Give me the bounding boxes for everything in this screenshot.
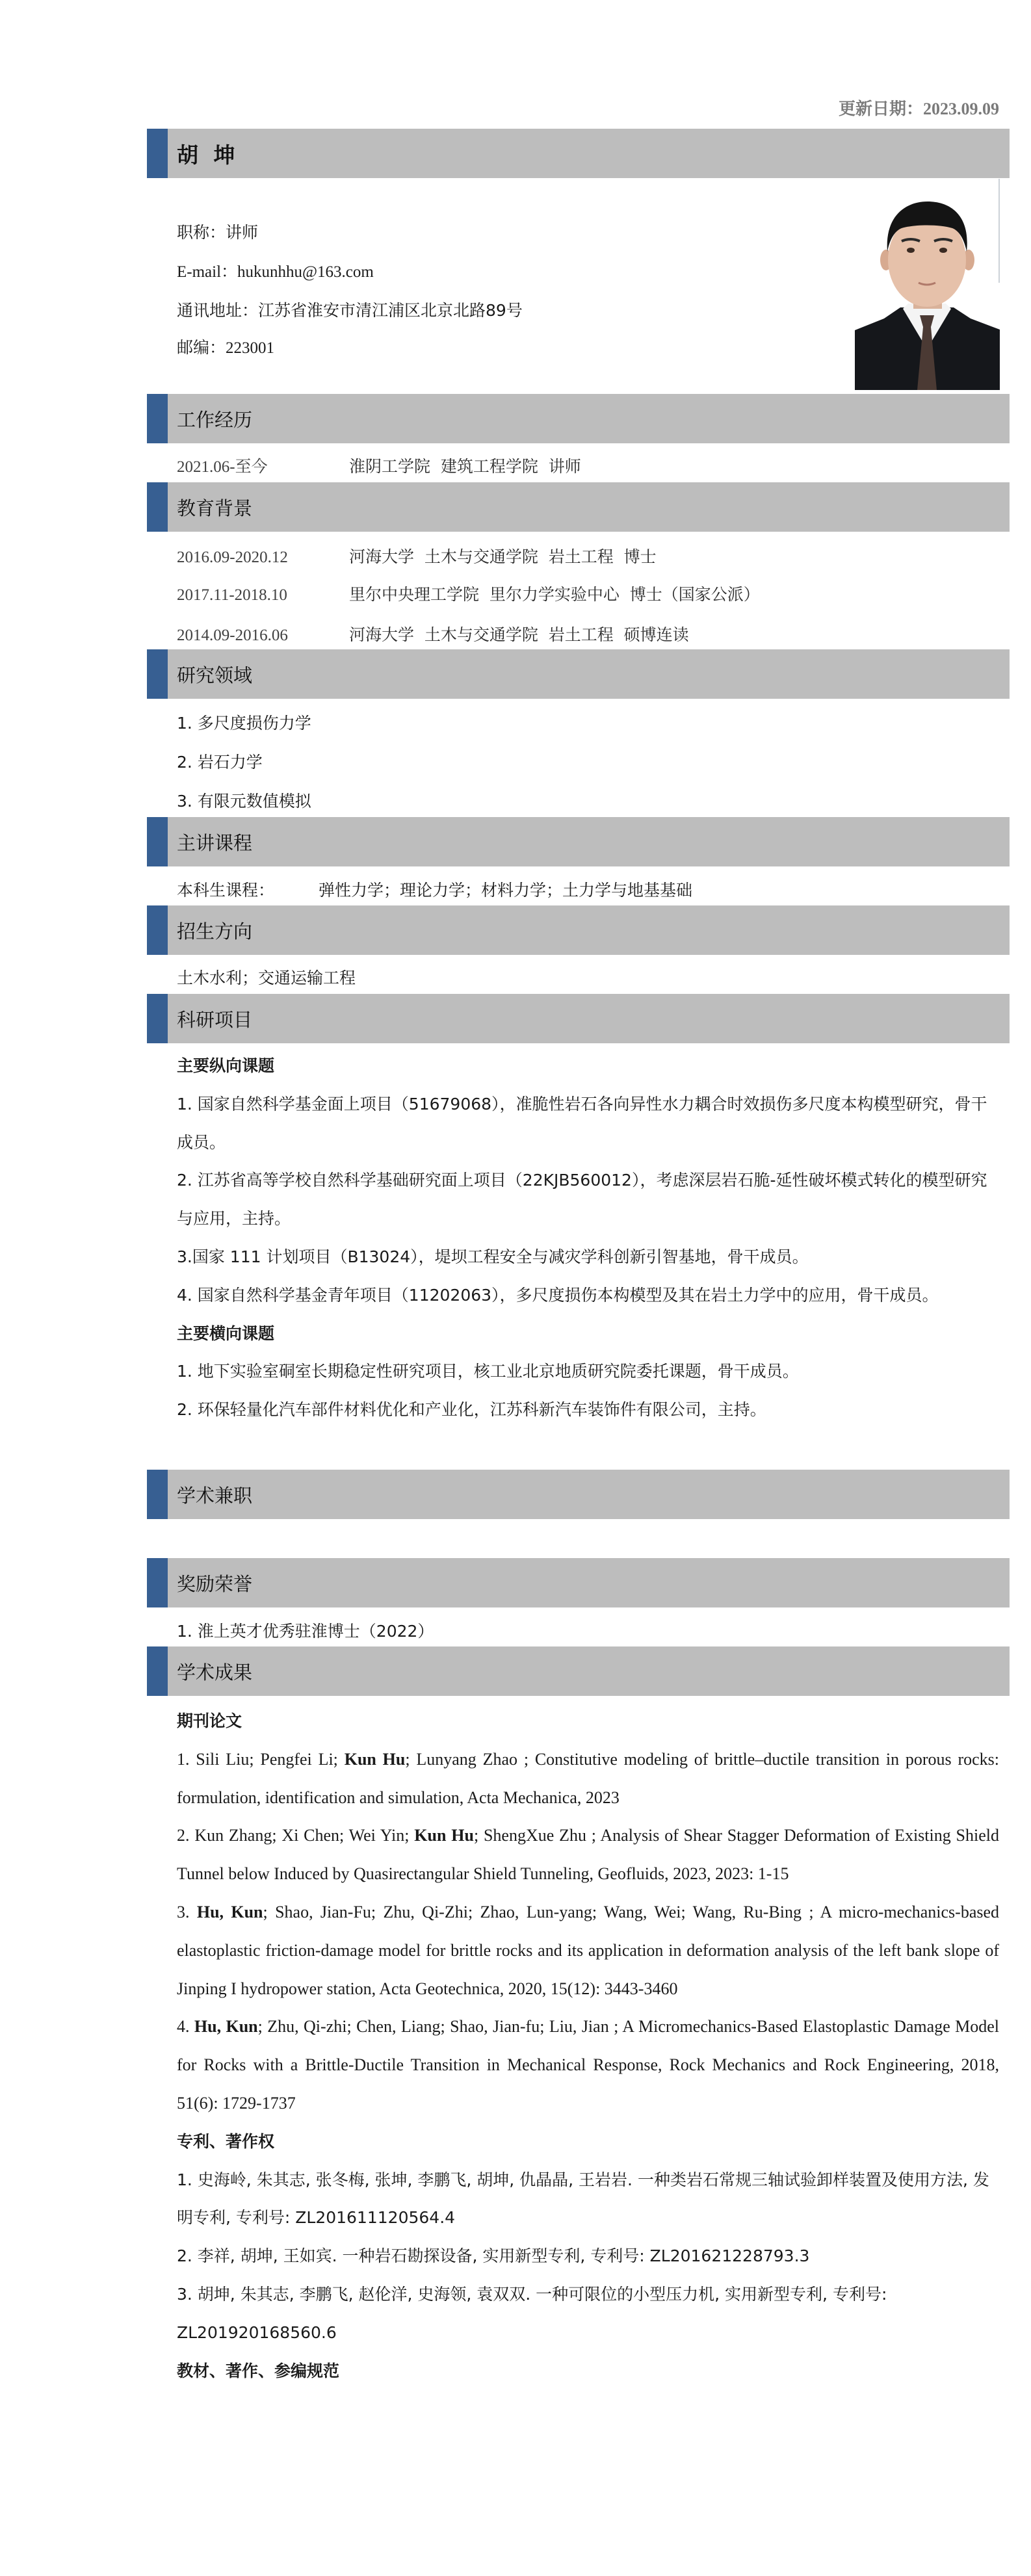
- paper-author-highlight: Kun Hu: [345, 1750, 406, 1769]
- education-date: 2017.11-2018.10: [177, 586, 349, 605]
- address-row: 通讯地址：江苏省淮安市清江浦区北京北路89号: [177, 301, 523, 320]
- section-header-enrollment: 招生方向: [147, 905, 1010, 955]
- section-title: 学术成果: [177, 1646, 252, 1696]
- patent-item: 3. 胡坤, 朱其志, 李鹏飞, 赵伦洋, 史海领, 袁双双. 一种可限位的小型…: [177, 2276, 999, 2352]
- section-header-courses: 主讲课程: [147, 817, 1010, 866]
- portrait-photo: [855, 179, 1000, 390]
- accent-stripe: [147, 817, 168, 866]
- accent-stripe: [147, 1470, 168, 1519]
- paper-rest: ; Shao, Jian-Fu; Zhu, Qi-Zhi; Zhao, Lun-…: [177, 1903, 999, 1998]
- section-title: 工作经历: [177, 394, 252, 443]
- accent-stripe: [147, 994, 168, 1043]
- projects-horizontal-title: 主要横向课题: [177, 1315, 999, 1353]
- paper-authors: 4.: [177, 2017, 194, 2036]
- project-item: 3.国家 111 计划项目（B13024），堤坝工程安全与减灾学科创新引智基地，…: [177, 1238, 999, 1277]
- paper-authors: 1. Sili Liu; Pengfei Li;: [177, 1750, 345, 1769]
- enrollment-text: 土木水利；交通运输工程: [177, 969, 356, 988]
- courses-row: 本科生课程：弹性力学；理论力学；材料力学；土力学与地基基础: [177, 881, 692, 900]
- section-title: 教育背景: [177, 482, 252, 532]
- section-header-research: 研究领域: [147, 649, 1010, 699]
- title-label: 职称：: [177, 223, 226, 242]
- courses-value: 弹性力学；理论力学；材料力学；土力学与地基基础: [319, 881, 692, 900]
- project-item: 1. 地下实验室硐室长期稳定性研究项目，核工业北京地质研究院委托课题，骨干成员。: [177, 1353, 999, 1391]
- papers-title: 期刊论文: [177, 1702, 999, 1741]
- address-value: 江苏省淮安市清江浦区北京北路89号: [258, 301, 523, 320]
- project-item: 1. 国家自然科学基金面上项目（51679068），准脆性岩石各向异性水力耦合时…: [177, 1086, 999, 1162]
- paper-item: 3. Hu, Kun; Shao, Jian-Fu; Zhu, Qi-Zhi; …: [177, 1893, 999, 2008]
- education-row: 2016.09-2020.12河海大学 土木与交通学院 岩土工程 博士: [177, 547, 657, 567]
- section-header-projects: 科研项目: [147, 994, 1010, 1043]
- project-item: 2. 江苏省高等学校自然科学基础研究面上项目（22KJB560012），考虑深层…: [177, 1162, 999, 1238]
- education-row: 2014.09-2016.06河海大学 土木与交通学院 岩土工程 硕博连读: [177, 625, 689, 645]
- research-item: 1. 多尺度损伤力学: [177, 714, 311, 733]
- education-detail: 河海大学 土木与交通学院 岩土工程 硕博连读: [349, 625, 689, 644]
- research-item: 2. 岩石力学: [177, 753, 263, 772]
- paper-item: 2. Kun Zhang; Xi Chen; Wei Yin; Kun Hu; …: [177, 1817, 999, 1893]
- section-header-education: 教育背景: [147, 482, 1010, 532]
- achievements-block: 期刊论文 1. Sili Liu; Pengfei Li; Kun Hu; Lu…: [177, 1702, 999, 2390]
- work-detail: 淮阴工学院 建筑工程学院 讲师: [349, 457, 581, 476]
- section-title: 奖励荣誉: [177, 1558, 252, 1607]
- postcode-row: 邮编：223001: [177, 338, 274, 358]
- patents-title: 专利、著作权: [177, 2123, 999, 2161]
- paper-item: 4. Hu, Kun; Zhu, Qi-zhi; Chen, Liang; Sh…: [177, 2008, 999, 2122]
- title-row: 职称：讲师: [177, 223, 258, 242]
- books-title: 教材、著作、参编规范: [177, 2352, 999, 2391]
- title-value: 讲师: [226, 223, 258, 242]
- award-item: 1. 淮上英才优秀驻淮博士（2022）: [177, 1622, 434, 1641]
- accent-stripe: [147, 905, 168, 955]
- work-row: 2021.06-至今淮阴工学院 建筑工程学院 讲师: [177, 457, 581, 477]
- postcode-label: 邮编：: [177, 338, 226, 357]
- section-title: 主讲课程: [177, 817, 252, 866]
- education-row: 2017.11-2018.10里尔中央理工学院 里尔力学实验中心 博士（国家公派…: [177, 585, 760, 605]
- section-header-awards: 奖励荣誉: [147, 1558, 1010, 1607]
- section-header-academic-posts: 学术兼职: [147, 1470, 1010, 1519]
- education-date: 2014.09-2016.06: [177, 626, 349, 645]
- project-item: 4. 国家自然科学基金青年项目（11202063），多尺度损伤本构模型及其在岩土…: [177, 1277, 999, 1315]
- project-item: 2. 环保轻量化汽车部件材料优化和产业化，江苏科新汽车装饰件有限公司，主持。: [177, 1391, 999, 1429]
- email-label: E-mail：: [177, 263, 237, 281]
- accent-stripe: [147, 394, 168, 443]
- portrait-image-icon: [855, 179, 1000, 390]
- education-date: 2016.09-2020.12: [177, 548, 349, 567]
- person-name: 胡 坤: [177, 129, 239, 178]
- accent-stripe: [147, 482, 168, 532]
- paper-author-highlight: Kun Hu: [414, 1826, 474, 1845]
- section-header-work: 工作经历: [147, 394, 1010, 443]
- accent-stripe: [147, 129, 168, 178]
- update-date: 更新日期：2023.09.09: [839, 96, 999, 120]
- accent-stripe: [147, 1646, 168, 1696]
- projects-vertical-title: 主要纵向课题: [177, 1047, 999, 1086]
- postcode-value: 223001: [226, 339, 274, 357]
- email-value[interactable]: hukunhhu@163.com: [237, 263, 374, 281]
- name-header: 胡 坤: [147, 129, 1010, 178]
- patent-item: 1. 史海岭, 朱其志, 张冬梅, 张坤, 李鹏飞, 胡坤, 仇晶晶, 王岩岩.…: [177, 2161, 999, 2238]
- paper-authors: 2. Kun Zhang; Xi Chen; Wei Yin;: [177, 1826, 414, 1845]
- accent-stripe: [147, 1558, 168, 1607]
- section-header-achievements: 学术成果: [147, 1646, 1010, 1696]
- accent-stripe: [147, 649, 168, 699]
- address-label: 通讯地址：: [177, 301, 258, 320]
- email-row: E-mail：hukunhhu@163.com: [177, 262, 374, 282]
- education-detail: 里尔中央理工学院 里尔力学实验中心 博士（国家公派）: [349, 585, 760, 604]
- paper-authors: 3.: [177, 1903, 197, 1921]
- work-date: 2021.06-至今: [177, 458, 349, 477]
- courses-label: 本科生课程：: [177, 881, 319, 900]
- section-title: 研究领域: [177, 649, 252, 699]
- projects-block: 主要纵向课题 1. 国家自然科学基金面上项目（51679068），准脆性岩石各向…: [177, 1047, 999, 1429]
- patent-item: 2. 李祥, 胡坤, 王如宾. 一种岩石勘探设备, 实用新型专利, 专利号: Z…: [177, 2237, 999, 2276]
- update-date-label: 更新日期：: [839, 99, 923, 119]
- update-date-value: 2023.09.09: [923, 99, 999, 118]
- section-title: 招生方向: [177, 905, 252, 955]
- section-title: 学术兼职: [177, 1470, 252, 1519]
- education-detail: 河海大学 土木与交通学院 岩土工程 博士: [349, 547, 657, 566]
- research-item: 3. 有限元数值模拟: [177, 792, 311, 811]
- section-title: 科研项目: [177, 994, 252, 1043]
- paper-author-highlight: Hu, Kun: [197, 1903, 263, 1921]
- paper-author-highlight: Hu, Kun: [194, 2017, 258, 2036]
- paper-item: 1. Sili Liu; Pengfei Li; Kun Hu; Lunyang…: [177, 1741, 999, 1817]
- paper-rest: ; Zhu, Qi-zhi; Chen, Liang; Shao, Jian-f…: [177, 2017, 999, 2113]
